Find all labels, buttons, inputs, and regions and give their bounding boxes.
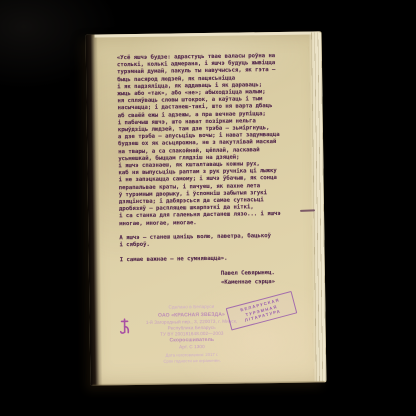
- quote-line: І самае важнае — не сумнявацца».: [120, 254, 296, 264]
- book-spine-shadow-edge: [86, 34, 103, 385]
- quote-source-title: «Каменнае сэрца»: [221, 278, 275, 288]
- page-stack-fore-edge: [309, 32, 327, 381]
- book-back-cover: «Усё яшчэ будзе: адрастуць твае валасы р…: [86, 31, 327, 385]
- article-number: Арт. С 1300: [110, 343, 274, 351]
- shelf-life-note: Срок годности не ограничен.: [110, 357, 274, 365]
- photo-background: «Усё яшчэ будзе: адрастуць твае валасы р…: [0, 0, 416, 416]
- cover-bottom-edge: [92, 380, 324, 385]
- page-stack-top-edge: [95, 31, 320, 37]
- quote-text-block: «Усё яшчэ будзе: адрастуць твае валасы р…: [117, 53, 296, 264]
- signature-block: Павел Севярынец. «Каменнае сэрца»: [221, 269, 275, 287]
